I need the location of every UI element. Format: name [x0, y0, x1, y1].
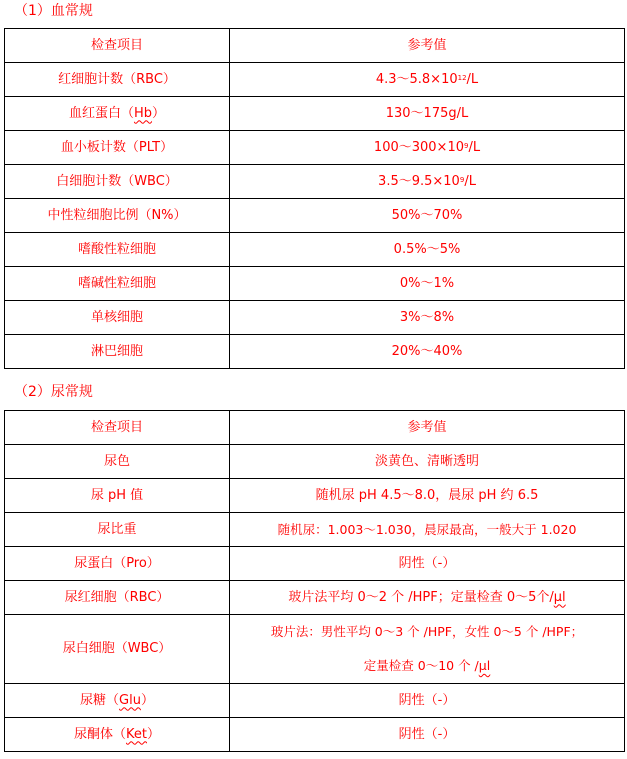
- value-cell: 0%～1%: [230, 267, 625, 301]
- table-row: 淋巴细胞 20%～40%: [5, 335, 625, 369]
- item-text-suffix: ）: [147, 727, 160, 742]
- item-cell: 尿糖（Glu）: [5, 684, 230, 718]
- value-text: 130～175g/L: [386, 106, 469, 121]
- table-row: 白细胞计数（WBC） 3.5～9.5×109/L: [5, 165, 625, 199]
- spellcheck-underlined-text: Glu: [119, 693, 141, 708]
- value-cell: 随机尿：1.003～1.030，晨尿最高，一般大于 1.020: [230, 513, 625, 547]
- item-cell: 嗜碱性粒细胞: [5, 267, 230, 301]
- value-cell: 4.3～5.8×1012/L: [230, 63, 625, 97]
- table-row: 尿酮体（Ket） 阴性（-）: [5, 718, 625, 752]
- value-text: 阴性（-）: [399, 693, 456, 708]
- item-text: 尿白细胞（WBC）: [63, 641, 172, 656]
- item-text: 嗜酸性粒细胞: [78, 242, 156, 257]
- item-cell: 红细胞计数（RBC）: [5, 63, 230, 97]
- table-header-row: 检查项目 参考值: [5, 29, 625, 63]
- value-text: 50%～70%: [392, 208, 463, 223]
- table-row: 中性粒细胞比例（N%） 50%～70%: [5, 199, 625, 233]
- item-cell: 白细胞计数（WBC）: [5, 165, 230, 199]
- value-text: 0%～1%: [400, 276, 454, 291]
- value-exponent: 12: [458, 74, 467, 82]
- item-text: 尿红细胞（RBC）: [65, 590, 170, 605]
- item-cell: 中性粒细胞比例（N%）: [5, 199, 230, 233]
- spellcheck-underlined-text: Hb: [134, 106, 152, 121]
- value-cell: 20%～40%: [230, 335, 625, 369]
- item-text: 单核细胞: [91, 310, 143, 325]
- value-cell: 3%～8%: [230, 301, 625, 335]
- item-cell: 尿蛋白（Pro）: [5, 547, 230, 581]
- item-text: 白细胞计数（WBC）: [56, 174, 178, 189]
- value-text: 4.3～5.8×10: [376, 72, 458, 87]
- value-text: 3.5～9.5×10: [378, 174, 460, 189]
- value-cell: 3.5～9.5×109/L: [230, 165, 625, 199]
- value-unit: /L: [467, 72, 479, 87]
- table-row: 尿糖（Glu） 阴性（-）: [5, 684, 625, 718]
- item-text: 尿酮体（: [74, 727, 126, 742]
- item-cell: 嗜酸性粒细胞: [5, 233, 230, 267]
- value-cell: 玻片法：男性平均 0～3 个 /HPF，女性 0～5 个 /HPF； 定量检查 …: [230, 615, 625, 684]
- table-row: 单核细胞 3%～8%: [5, 301, 625, 335]
- value-text: 100～300×10: [374, 140, 464, 155]
- table-row: 尿红细胞（RBC） 玻片法平均 0～2 个 /HPF；定量检查 0～5个/μl: [5, 581, 625, 615]
- value-cell: 阴性（-）: [230, 684, 625, 718]
- item-cell: 尿白细胞（WBC）: [5, 615, 230, 684]
- value-text: 20%～40%: [392, 344, 463, 359]
- table-row: 尿比重 随机尿：1.003～1.030，晨尿最高，一般大于 1.020: [5, 513, 625, 547]
- blood-routine-table: 检查项目 参考值 红细胞计数（RBC） 4.3～5.8×1012/L 血红蛋白（…: [4, 28, 625, 369]
- table-row: 嗜碱性粒细胞 0%～1%: [5, 267, 625, 301]
- item-text: 嗜碱性粒细胞: [78, 276, 156, 291]
- table-row: 血红蛋白（Hb） 130～175g/L: [5, 97, 625, 131]
- item-text: 尿蛋白（Pro）: [74, 556, 160, 571]
- header-item: 检查项目: [5, 411, 230, 445]
- section-title-urine-routine: （2）尿常规: [14, 382, 93, 402]
- item-text: 血红蛋白（: [69, 106, 134, 121]
- value-text-line2: 定量检查 0～10 个 /: [364, 658, 479, 673]
- value-cell: 玻片法平均 0～2 个 /HPF；定量检查 0～5个/μl: [230, 581, 625, 615]
- value-text: 玻片法：男性平均 0～3 个 /HPF，女性 0～5 个 /HPF；: [271, 624, 583, 639]
- value-unit: /L: [464, 174, 476, 189]
- item-text: 中性粒细胞比例（N%）: [47, 208, 186, 223]
- item-cell: 血红蛋白（Hb）: [5, 97, 230, 131]
- item-cell: 尿酮体（Ket）: [5, 718, 230, 752]
- item-text: 尿色: [104, 454, 130, 469]
- item-cell: 淋巴细胞: [5, 335, 230, 369]
- header-reference: 参考值: [230, 411, 625, 445]
- value-exponent: 9: [464, 142, 468, 150]
- value-cell: 50%～70%: [230, 199, 625, 233]
- item-text: 红细胞计数（RBC）: [58, 72, 176, 87]
- item-cell: 单核细胞: [5, 301, 230, 335]
- value-text: 阴性（-）: [399, 727, 456, 742]
- item-cell: 尿红细胞（RBC）: [5, 581, 230, 615]
- table-row: 血小板计数（PLT） 100～300×109/L: [5, 131, 625, 165]
- value-exponent: 9: [460, 176, 464, 184]
- value-cell: 0.5%～5%: [230, 233, 625, 267]
- item-cell: 尿比重: [5, 513, 230, 547]
- item-text: 淋巴细胞: [91, 344, 143, 359]
- value-unit: /L: [468, 140, 480, 155]
- value-cell: 130～175g/L: [230, 97, 625, 131]
- value-cell: 随机尿 pH 4.5～8.0，晨尿 pH 约 6.5: [230, 479, 625, 513]
- item-text: 尿比重: [97, 522, 136, 537]
- table-row: 尿 pH 值 随机尿 pH 4.5～8.0，晨尿 pH 约 6.5: [5, 479, 625, 513]
- item-text: 尿糖（: [80, 693, 119, 708]
- table-row: 红细胞计数（RBC） 4.3～5.8×1012/L: [5, 63, 625, 97]
- value-cell: 100～300×109/L: [230, 131, 625, 165]
- header-reference: 参考值: [230, 29, 625, 63]
- table-row: 尿白细胞（WBC） 玻片法：男性平均 0～3 个 /HPF，女性 0～5 个 /…: [5, 615, 625, 684]
- value-line-1: 玻片法：男性平均 0～3 个 /HPF，女性 0～5 个 /HPF；: [232, 615, 622, 649]
- spellcheck-underlined-text: μl: [479, 658, 490, 673]
- item-text: 血小板计数（PLT）: [61, 140, 173, 155]
- value-text: 阴性（-）: [399, 556, 456, 571]
- value-text: 淡黄色、清晰透明: [375, 454, 479, 469]
- spellcheck-underlined-text: Ket: [126, 727, 147, 742]
- value-text: 0.5%～5%: [394, 242, 461, 257]
- header-item: 检查项目: [5, 29, 230, 63]
- item-text: 尿 pH 值: [91, 488, 143, 503]
- table-row: 尿色 淡黄色、清晰透明: [5, 445, 625, 479]
- spellcheck-underlined-text: μl: [554, 590, 566, 605]
- item-text-suffix: ）: [141, 693, 154, 708]
- urine-routine-table: 检查项目 参考值 尿色 淡黄色、清晰透明 尿 pH 值 随机尿 pH 4.5～8…: [4, 410, 625, 752]
- value-text: 随机尿：1.003～1.030，晨尿最高，一般大于 1.020: [278, 522, 577, 537]
- value-text: 3%～8%: [400, 310, 454, 325]
- item-cell: 尿 pH 值: [5, 479, 230, 513]
- table-row: 尿蛋白（Pro） 阴性（-）: [5, 547, 625, 581]
- item-cell: 血小板计数（PLT）: [5, 131, 230, 165]
- value-cell: 淡黄色、清晰透明: [230, 445, 625, 479]
- value-line-2: 定量检查 0～10 个 /μl: [232, 649, 622, 683]
- table-row: 嗜酸性粒细胞 0.5%～5%: [5, 233, 625, 267]
- value-text: 玻片法平均 0～2 个 /HPF；定量检查 0～5个/: [288, 590, 553, 605]
- value-cell: 阴性（-）: [230, 718, 625, 752]
- section-title-blood-routine: （1）血常规: [14, 1, 93, 21]
- value-text: 随机尿 pH 4.5～8.0，晨尿 pH 约 6.5: [316, 488, 539, 503]
- table-header-row: 检查项目 参考值: [5, 411, 625, 445]
- value-cell: 阴性（-）: [230, 547, 625, 581]
- item-cell: 尿色: [5, 445, 230, 479]
- item-text-suffix: ）: [152, 106, 165, 121]
